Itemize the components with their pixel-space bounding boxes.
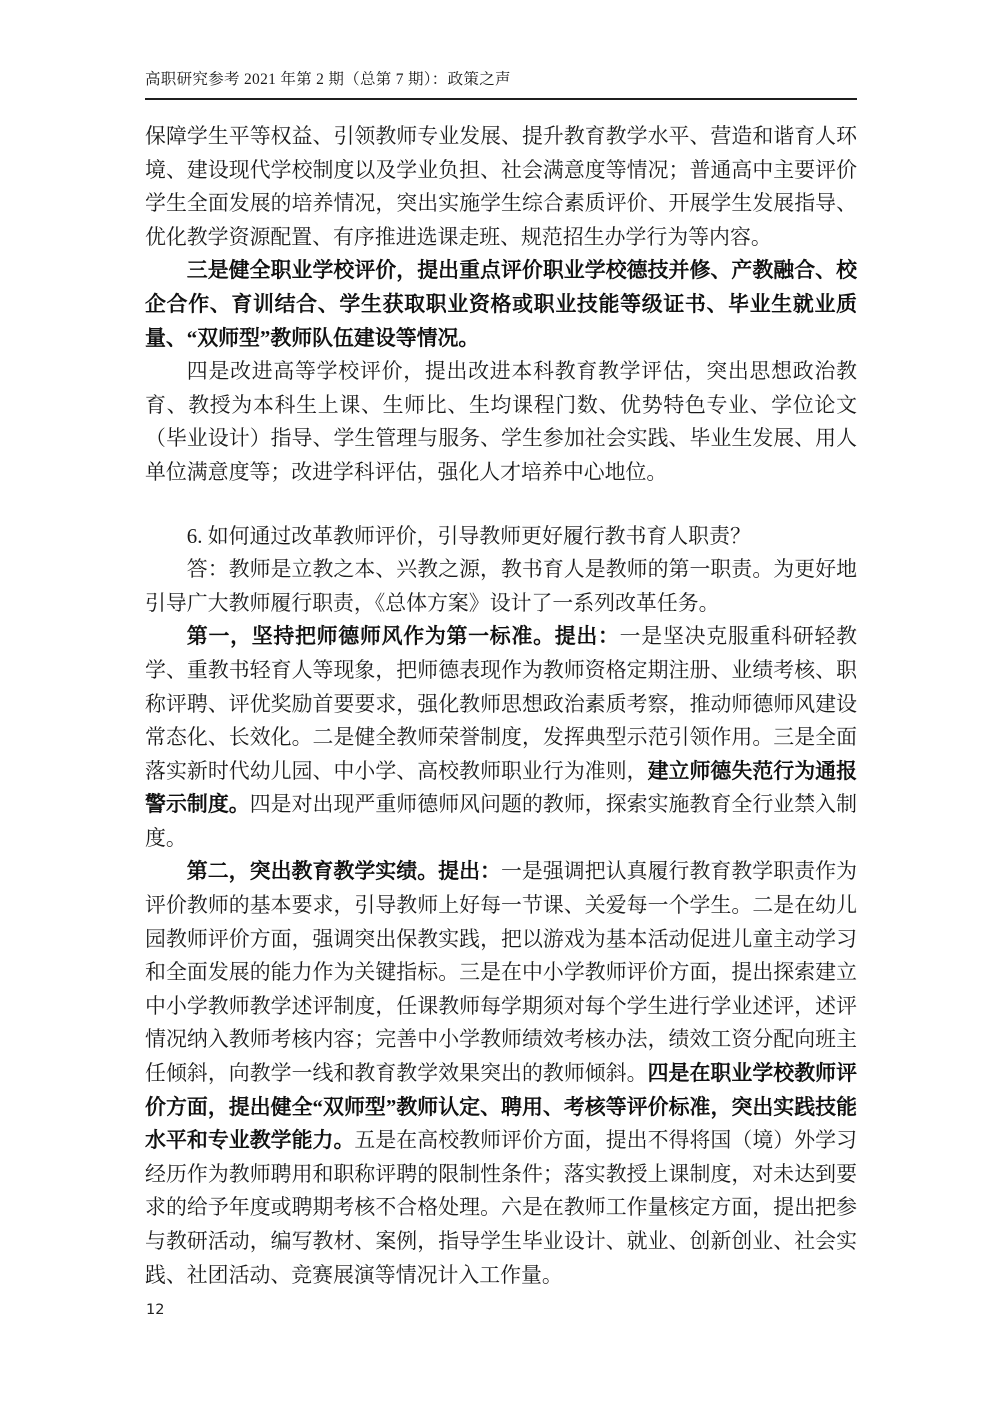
text-run: 一是强调把认真履行教育教学职责作为评价教师的基本要求，引导教师上好每一节课、关爱… (145, 859, 857, 1085)
paragraph: 三是健全职业学校评价，提出重点评价职业学校德技并修、产教融合、校企合作、育训结合… (145, 254, 857, 355)
text-run: 答：教师是立教之本、兴教之源，教书育人是教师的第一职责。为更好地引导广大教师履行… (145, 557, 857, 615)
paragraph: 答：教师是立教之本、兴教之源，教书育人是教师的第一职责。为更好地引导广大教师履行… (145, 553, 857, 620)
text-run: 6. 如何通过改革教师评价，引导教师更好履行教书育人职责？ (187, 524, 751, 548)
text-run-bold: 第一，坚持把师德师风作为第一标准。提出： (187, 624, 620, 648)
journal-header-text: 高职研究参考 2021 年第 2 期（总第 7 期）：政策之声 (145, 71, 511, 88)
paragraph: 第二，突出教育教学实绩。提出：一是强调把认真履行教育教学职责作为评价教师的基本要… (145, 855, 857, 1292)
document-body: 保障学生平等权益、引领教师专业发展、提升教育教学水平、营造和谐育人环境、建设现代… (145, 120, 857, 1292)
page-header: 高职研究参考 2021 年第 2 期（总第 7 期）：政策之声 (145, 67, 857, 100)
page-number: 12 (146, 1302, 164, 1318)
text-run: 四是改进高等学校评价，提出改进本科教育教学评估，突出思想政治教育、教授为本科生上… (145, 359, 857, 484)
text-run-bold: 三是健全职业学校评价，提出重点评价职业学校德技并修、产教融合、校企合作、育训结合… (145, 258, 857, 349)
paragraph: 四是改进高等学校评价，提出改进本科教育教学评估，突出思想政治教育、教授为本科生上… (145, 355, 857, 489)
paragraph: 6. 如何通过改革教师评价，引导教师更好履行教书育人职责？ (145, 520, 857, 554)
paragraph: 保障学生平等权益、引领教师专业发展、提升教育教学水平、营造和谐育人环境、建设现代… (145, 120, 857, 254)
document-page: 高职研究参考 2021 年第 2 期（总第 7 期）：政策之声 保障学生平等权益… (0, 0, 1000, 1414)
text-run: 保障学生平等权益、引领教师专业发展、提升教育教学水平、营造和谐育人环境、建设现代… (145, 124, 857, 249)
text-run-bold: 第二，突出教育教学实绩。提出： (187, 859, 501, 883)
paragraph: 第一，坚持把师德师风作为第一标准。提出：一是坚决克服重科研轻教学、重教书轻育人等… (145, 620, 857, 855)
text-run: 四是对出现严重师德师风问题的教师，探索实施教育全行业禁入制度。 (145, 792, 857, 850)
paragraph-spacer (145, 490, 857, 520)
